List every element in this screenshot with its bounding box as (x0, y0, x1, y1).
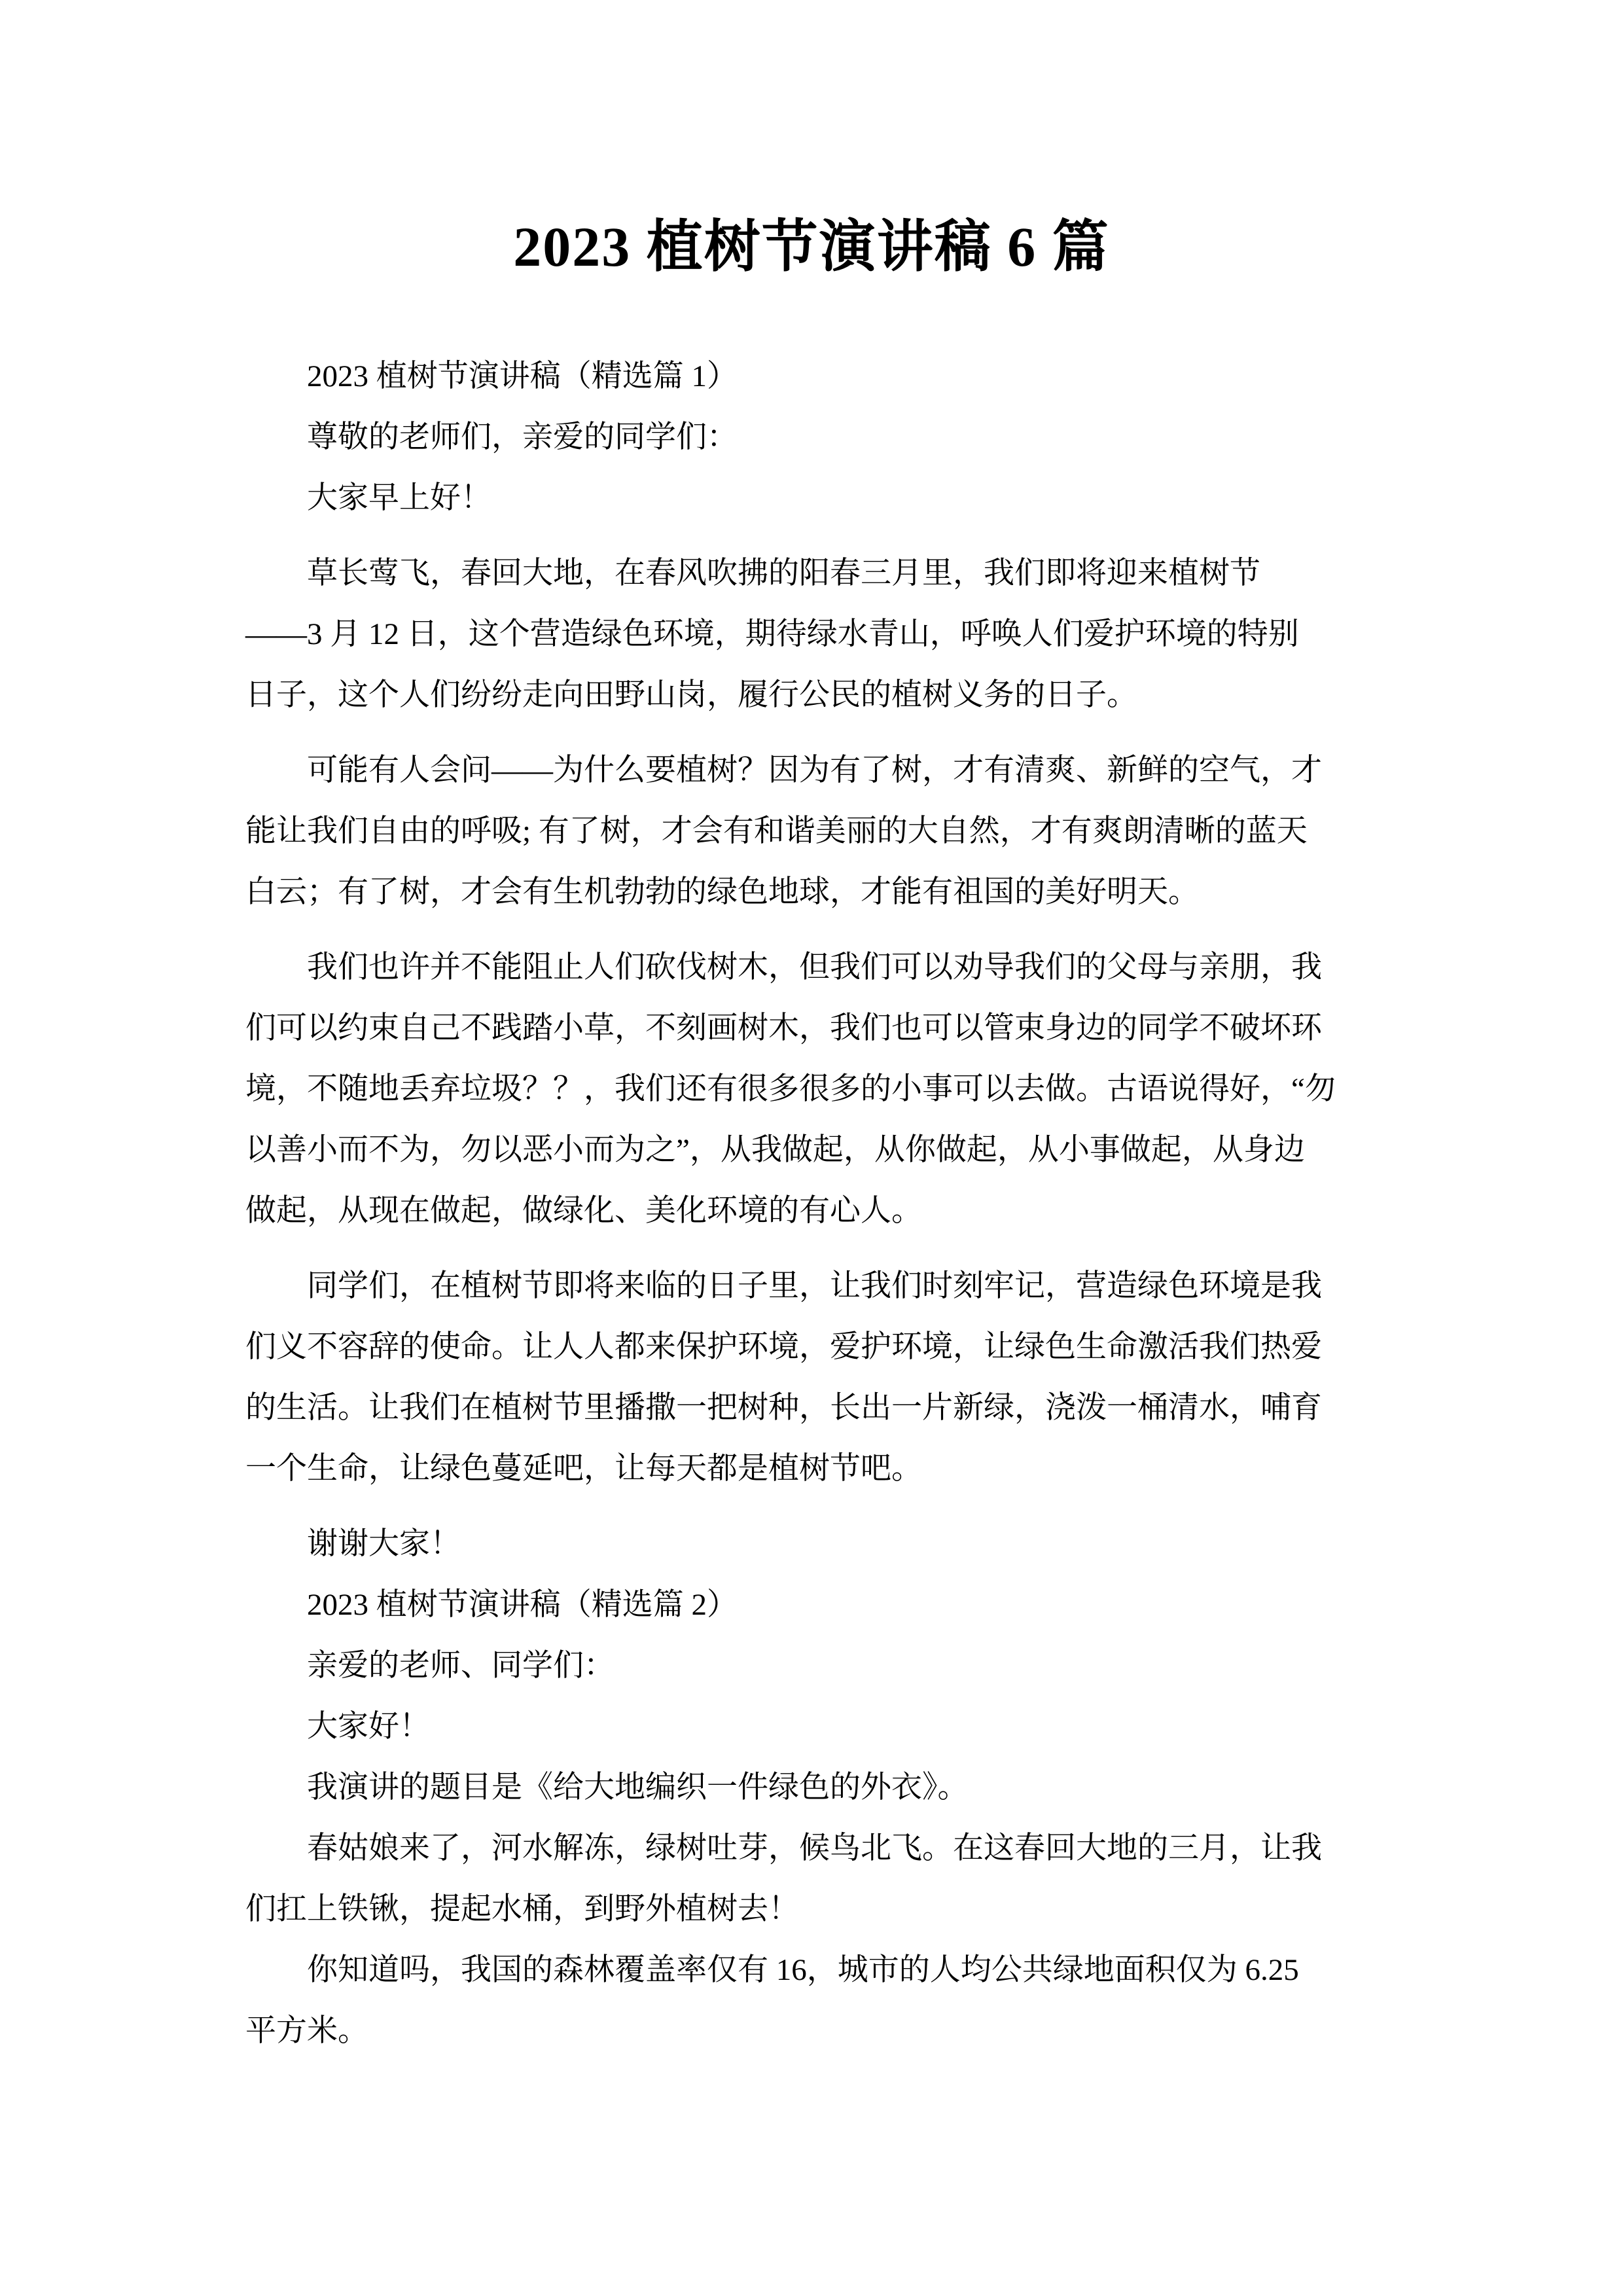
text-line: 白云；有了树，才会有生机勃勃的绿色地球，才能有祖国的美好明天。 (245, 862, 1378, 923)
text-line: 做起，从现在做起，做绿化、美化环境的有心人。 (245, 1181, 1378, 1242)
text-line: 亲爱的老师、同学们： (245, 1636, 1378, 1696)
text-line: 大家早上好！ (245, 468, 1378, 529)
text-line: 一个生命，让绿色蔓延吧，让每天都是植树节吧。 (245, 1439, 1378, 1499)
document-title: 2023 植树节演讲稿 6 篇 (0, 191, 1623, 302)
text-line: 的生活。让我们在植树节里播撒一把树种，长出一片新绿，浇泼一桶清水，哺育 (245, 1378, 1378, 1439)
text-line: 尊敬的老师们，亲爱的同学们： (245, 407, 1378, 468)
text-line: 以善小而不为，勿以恶小而为之”，从我做起，从你做起，从小事做起，从身边 (245, 1120, 1378, 1181)
text-line: 能让我们自由的呼吸; 有了树，才会有和谐美丽的大自然，才有爽朗清晰的蓝天 (245, 801, 1378, 862)
document-body: 2023 植树节演讲稿（精选篇 1）尊敬的老师们，亲爱的同学们：大家早上好！草长… (245, 346, 1378, 2062)
text-line: 境，不随地丢弃垃圾？？，我们还有很多很多的小事可以去做。古语说得好，“勿 (245, 1059, 1378, 1120)
text-line: 日子，这个人们纷纷走向田野山岗，履行公民的植树义务的日子。 (245, 665, 1378, 726)
text-line: 同学们，在植树节即将来临的日子里，让我们时刻牢记，营造绿色环境是我 (245, 1256, 1378, 1317)
text-line: 大家好！ (245, 1696, 1378, 1757)
text-line: 平方米。 (245, 2001, 1378, 2062)
text-line: 可能有人会问——为什么要植树？因为有了树，才有清爽、新鲜的空气，才 (245, 740, 1378, 801)
text-line: 们可以约束自己不践踏小草，不刻画树木，我们也可以管束身边的同学不破坏环 (245, 998, 1378, 1059)
text-line: 草长莺飞，春回大地，在春风吹拂的阳春三月里，我们即将迎来植树节 (245, 543, 1378, 604)
text-line: ——3 月 12 日，这个营造绿色环境，期待绿水青山，呼唤人们爱护环境的特别 (245, 604, 1378, 665)
text-line: 们扛上铁锹，提起水桶，到野外植树去！ (245, 1879, 1378, 1940)
text-line: 你知道吗，我国的森林覆盖率仅有 16，城市的人均公共绿地面积仅为 6.25 (245, 1940, 1378, 2001)
text-line: 2023 植树节演讲稿（精选篇 2） (245, 1575, 1378, 1636)
text-line: 谢谢大家！ (245, 1514, 1378, 1575)
text-line: 们义不容辞的使命。让人人都来保护环境，爱护环境，让绿色生命激活我们热爱 (245, 1317, 1378, 1378)
text-line: 春姑娘来了，河水解冻，绿树吐芽，候鸟北飞。在这春回大地的三月，让我 (245, 1818, 1378, 1879)
text-line: 2023 植树节演讲稿（精选篇 1） (245, 346, 1378, 407)
document-page: 2023 植树节演讲稿 6 篇 2023 植树节演讲稿（精选篇 1）尊敬的老师们… (0, 0, 1623, 2296)
text-line: 我们也许并不能阻止人们砍伐树木，但我们可以劝导我们的父母与亲朋，我 (245, 937, 1378, 998)
text-line: 我演讲的题目是《给大地编织一件绿色的外衣》。 (245, 1757, 1378, 1818)
